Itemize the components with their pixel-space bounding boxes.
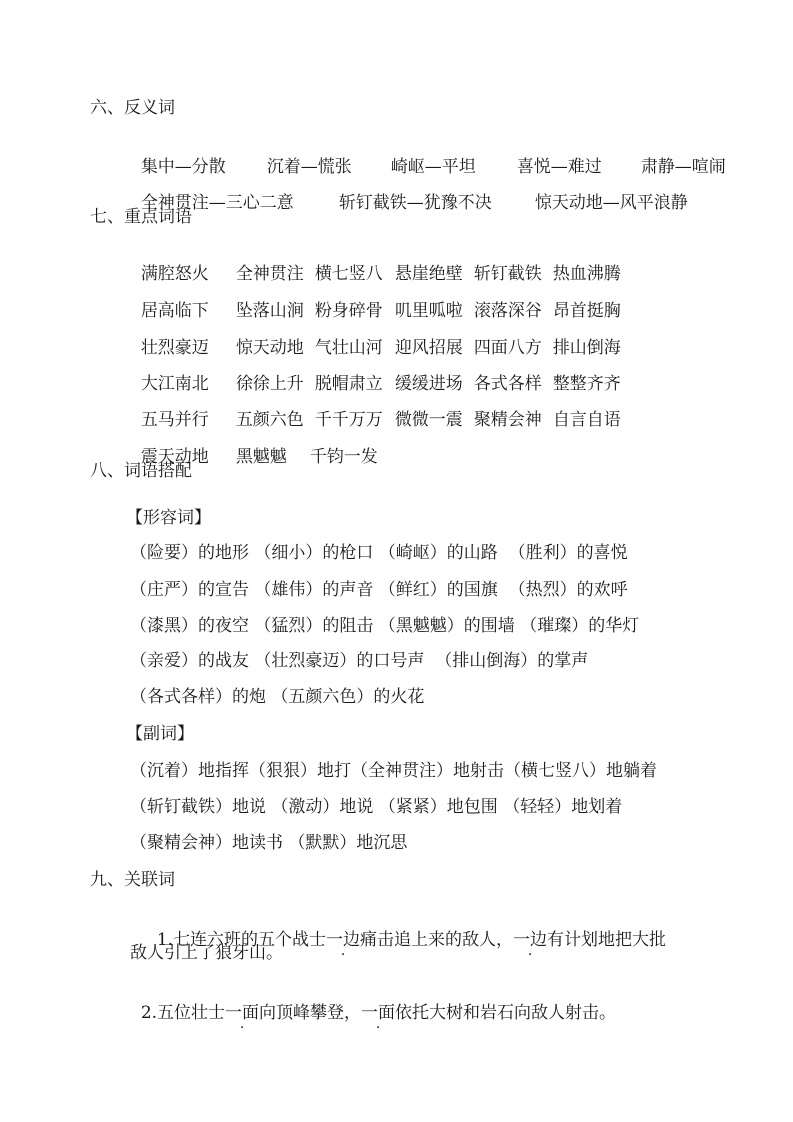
key-word: 聚精会神 [474, 409, 553, 431]
section-heading-antonyms: 六、反义词 [90, 97, 175, 119]
sentence-continuation: 敌人引上了狼牙山。 [130, 942, 283, 964]
emphasized-conjunction: 一边 [326, 930, 360, 950]
collocation-row: （沉着）地指挥（狠狠）地打（全神贯注）地射击（横七竖八）地躺着 [130, 760, 657, 782]
sentence-text: 依托大树和岩石向敌人射击。 [395, 1003, 616, 1023]
emphasized-conjunction: 一面 [361, 1003, 395, 1023]
conjunction-sentence-2: 2.五位壮士一面向顶峰攀登，一面依托大树和岩石向敌人射击。 [130, 980, 616, 1024]
section-heading-conjunctions: 九、关联词 [90, 869, 175, 891]
collocation-row: （险要）的地形 （细小）的枪口 （崎岖）的山路 （胜利）的喜悦 [130, 542, 628, 564]
key-word: 黑魆魆 [236, 446, 310, 468]
sentence-text: 五位壮士 [157, 1003, 225, 1023]
emphasized-conjunction: 一边 [513, 930, 547, 950]
antonym-row: 全神贯注—三心二意斩钉截铁—犹豫不决惊天动地—风平浪静 [130, 170, 688, 214]
key-word: 微微一震 [395, 409, 474, 431]
sentence-number: 2. [141, 1003, 157, 1023]
sentence-text: 向顶峰攀登， [259, 1003, 361, 1023]
key-word: 自言自语 [553, 409, 621, 431]
section-heading-collocations: 八、词语搭配 [90, 460, 192, 482]
key-word: 千钧一发 [310, 446, 378, 468]
subheading-adjectives: 【形容词】 [126, 507, 211, 529]
collocation-row: （各式各样）的炮 （五颜六色）的火花 [130, 686, 424, 708]
collocation-row: （聚精会神）地读书 （默默）地沉思 [130, 832, 407, 854]
collocation-row: （漆黑）的夜空 （猛烈）的阻击 （黑魆魆）的围墙 （璀璨）的华灯 [130, 615, 639, 637]
sentence-text: 有计划地把大批 [547, 930, 666, 950]
antonym-pair: 惊天动地—风平浪静 [535, 192, 688, 214]
section-heading-key-words: 七、重点词语 [90, 206, 192, 228]
sentence-text: 痛击追上来的敌人， [360, 930, 513, 950]
collocation-row: （庄严）的宣告 （雄伟）的声音 （鲜红）的国旗 （热烈）的欢呼 [130, 579, 628, 601]
subheading-adverbs: 【副词】 [126, 723, 194, 745]
collocation-row: （斩钉截铁）地说 （激动）地说 （紧紧）地包围 （轻轻）地划着 [130, 796, 622, 818]
antonym-pair: 斩钉截铁—犹豫不决 [339, 192, 535, 214]
collocation-row: （亲爱）的战友 （壮烈豪迈）的口号声 （排山倒海）的掌声 [130, 650, 588, 672]
emphasized-conjunction: 一面 [225, 1003, 259, 1023]
